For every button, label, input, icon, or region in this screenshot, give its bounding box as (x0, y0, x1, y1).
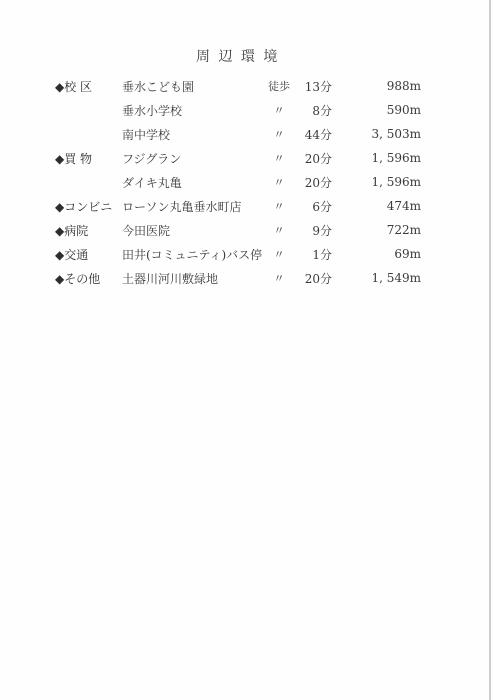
distance-cell: 3, 503m (332, 127, 421, 141)
walk-mode-cell: 〃 (262, 126, 296, 142)
distance-cell: 722m (332, 223, 421, 237)
walk-mode-cell: 〃 (262, 102, 296, 118)
category-cell: ◆コンビニ (55, 198, 122, 215)
category-cell: ◆病院 (55, 222, 122, 239)
table-row: ◆買 物 フジグラン 〃 20分 1, 596m (55, 146, 423, 170)
facility-name-cell: 垂水こども園 (122, 78, 262, 95)
distance-cell: 1, 596m (332, 175, 421, 189)
scanner-edge-artifact (489, 0, 491, 700)
distance-cell: 988m (332, 79, 421, 93)
table-row: ◆コンビニ ローソン丸亀垂水町店 〃 6分 474m (55, 194, 423, 218)
table-row: ダイキ丸亀 〃 20分 1, 596m (55, 170, 423, 194)
distance-cell: 1, 549m (332, 271, 421, 285)
walk-mode-cell: 〃 (262, 198, 296, 214)
facility-name-cell: ローソン丸亀垂水町店 (122, 198, 262, 215)
minutes-cell: 20分 (296, 174, 332, 191)
minutes-cell: 8分 (296, 102, 332, 119)
distance-cell: 590m (332, 103, 421, 117)
table-row: ◆校 区 垂水こども園 徒歩 13分 988m (55, 74, 423, 98)
distance-cell: 474m (332, 199, 421, 213)
minutes-cell: 6分 (296, 198, 332, 215)
walk-mode-cell: 〃 (262, 270, 296, 286)
environment-table: ◆校 区 垂水こども園 徒歩 13分 988m 垂水小学校 〃 8分 590m … (55, 74, 423, 290)
category-cell: ◆校 区 (55, 78, 122, 95)
distance-cell: 69m (332, 247, 421, 261)
minutes-cell: 9分 (296, 222, 332, 239)
category-cell: ◆その他 (55, 270, 122, 287)
facility-name-cell: ダイキ丸亀 (122, 174, 262, 191)
facility-name-cell: 南中学校 (122, 126, 262, 143)
facility-name-cell: 今田医院 (122, 222, 262, 239)
distance-cell: 1, 596m (332, 151, 421, 165)
facility-name-cell: 田井(コミュニティ)バス停 (122, 246, 262, 263)
walk-mode-cell: 〃 (262, 150, 296, 166)
walk-mode-cell: 〃 (262, 222, 296, 238)
facility-name-cell: 垂水小学校 (122, 102, 262, 119)
table-row: ◆その他 土器川河川敷緑地 〃 20分 1, 549m (55, 266, 423, 290)
table-row: 垂水小学校 〃 8分 590m (55, 98, 423, 122)
facility-name-cell: 土器川河川敷緑地 (122, 270, 262, 287)
table-row: ◆交通 田井(コミュニティ)バス停 〃 1分 69m (55, 242, 423, 266)
page-title: 周 辺 環 境 (196, 46, 279, 66)
minutes-cell: 1分 (296, 246, 332, 263)
table-row: ◆病院 今田医院 〃 9分 722m (55, 218, 423, 242)
category-cell: ◆買 物 (55, 150, 122, 167)
table-row: 南中学校 〃 44分 3, 503m (55, 122, 423, 146)
walk-mode-cell: 〃 (262, 174, 296, 190)
minutes-cell: 13分 (296, 78, 332, 95)
facility-name-cell: フジグラン (122, 150, 262, 167)
document-page: 周 辺 環 境 ◆校 区 垂水こども園 徒歩 13分 988m 垂水小学校 〃 … (0, 0, 494, 700)
walk-mode-cell: 〃 (262, 246, 296, 262)
minutes-cell: 20分 (296, 150, 332, 167)
walk-mode-cell: 徒歩 (262, 78, 296, 94)
minutes-cell: 44分 (296, 126, 332, 143)
category-cell: ◆交通 (55, 246, 122, 263)
minutes-cell: 20分 (296, 270, 332, 287)
